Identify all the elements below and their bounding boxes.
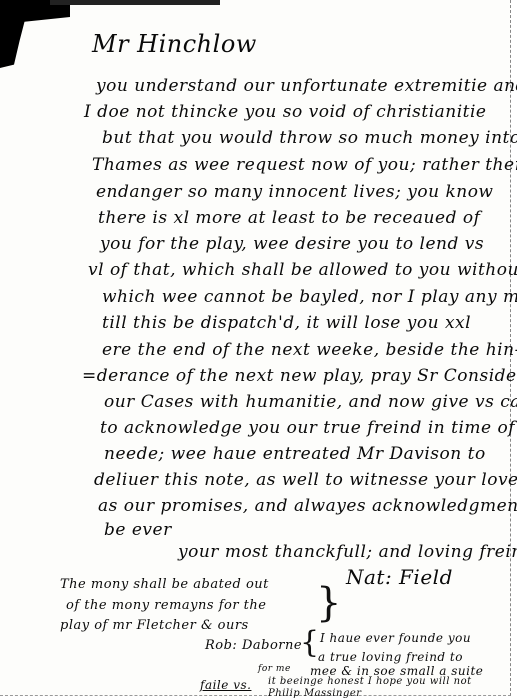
body-line: our Cases with humanitie, and now give v… — [104, 392, 517, 412]
interlined-note: for me — [258, 664, 291, 674]
brace-right: } — [316, 580, 341, 626]
signature-nat-field: Nat: Field — [346, 565, 453, 589]
postscript-left-line: The mony shall be abated out — [60, 577, 269, 592]
signature-rob-daborne: Rob: Daborne — [205, 638, 302, 653]
body-line: Thames as wee request now of you; rather… — [92, 155, 517, 175]
postscript-right-closing: faile vs. — [200, 678, 251, 692]
body-line: you for the play, wee desire you to lend… — [100, 234, 484, 254]
postscript-left-line: play of mr Fletcher & ours — [60, 618, 249, 633]
body-line: as our promises, and alwayes acknowledgm… — [98, 496, 517, 516]
body-line: be ever — [104, 520, 172, 540]
postscript-right-line: a true loving freind to — [318, 650, 463, 664]
manuscript-page: Mr Hinchlow you understand our unfortuna… — [0, 0, 511, 696]
body-line: to acknowledge you our true freind in ti… — [100, 418, 515, 438]
body-line: which wee cannot be bayled, nor I play a… — [102, 287, 517, 307]
closing: your most thanckfull; and loving freinds… — [178, 542, 517, 562]
postscript-left-line: of the mony remayns for the — [66, 598, 266, 613]
body-line: but that you would throw so much money i… — [102, 128, 517, 148]
brace-left: { — [300, 625, 319, 660]
signature-philip-massinger: Philip Massinger — [268, 688, 362, 699]
body-line: till this be dispatch'd, it will lose yo… — [102, 313, 471, 333]
body-line: endanger so many innocent lives; you kno… — [96, 182, 493, 202]
salutation: Mr Hinchlow — [92, 30, 257, 58]
body-line: neede; wee haue entreated Mr Davison to — [104, 444, 486, 464]
scan-shadow-corner — [0, 0, 70, 68]
scan-shadow-top-edge — [50, 0, 220, 5]
body-line: vl of that, which shall be allowed to yo… — [88, 260, 517, 280]
body-line: I doe not thincke you so void of christi… — [84, 102, 487, 122]
body-line: deliuer this note, as well to witnesse y… — [94, 470, 517, 490]
postscript-right-line: it beeinge honest I hope you will not — [268, 676, 472, 687]
body-line: there is xl more at least to be receaued… — [98, 208, 480, 228]
body-line: you understand our unfortunate extremiti… — [96, 76, 517, 96]
postscript-right-line: I haue ever founde you — [320, 631, 471, 645]
body-line: ere the end of the next weeke, beside th… — [102, 340, 517, 360]
body-line: =derance of the next new play, pray Sr C… — [82, 366, 517, 386]
